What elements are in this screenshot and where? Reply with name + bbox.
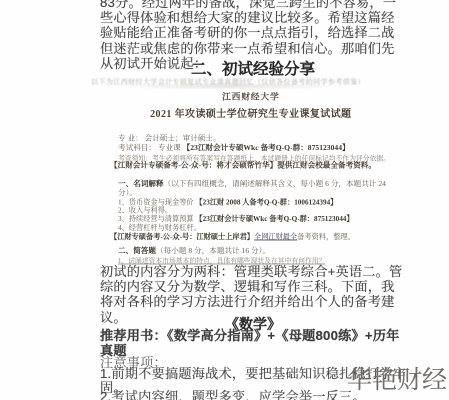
paper-item-3-qq-group: 【23江财会计专硕Wkc 备考Q-Q-群：875123044】 (195, 215, 353, 223)
paper-subject-line: 考试科目： 专业课 【23江财会计专硕Wkc 备考Q-Q-群：875123044… (110, 144, 392, 153)
paper-item-2: 2、收入与利得。 (110, 206, 392, 215)
watermark-text: 华艳财经 (347, 360, 447, 396)
exam-paper-photo: 江西财经大学 2021 年攻读硕士学位研究生专业课复试试题 专 业： 会计硕士；… (110, 90, 392, 266)
paper-item-1-text: 1、货币资金与现金等价 (118, 198, 195, 206)
paper-q2-heading: 二、简答题（每小题 8 分，本题共计 16 分）。 (110, 248, 392, 257)
paper-subject-label: 考试科目： 专业课 (118, 144, 183, 152)
paper-item-3-text: 3、持续经营与清算预算 (118, 215, 195, 223)
paper-major-line: 专 业： 会计硕士；审计硕士。 (110, 135, 392, 144)
paper-q2-instructions: （每小题 8 分，本题共计 16 分）。 (156, 248, 270, 256)
paper-item-1: 1、货币资金与现金等价 【23江财 2008 人备考Q-Q-群：10061243… (110, 198, 392, 207)
paper-university: 江西财经大学 (110, 90, 392, 103)
paper-ad2-rest: 备考资料，整理。 (297, 232, 355, 240)
paper-q1-title: 一、名词解释 (118, 180, 164, 188)
paper-item-1-qq-group: 【23江财 2008 人备考Q-Q-群：1006124394】 (195, 198, 337, 206)
paper-subject-qq-group: 【23江财会计专硕Wkc 备考Q-Q-群：875123044】 (183, 144, 350, 152)
article-page: 83分。经过两年的备战，深觉三跨生的不容易，一些心得体验和想给大家的建议比较多。… (0, 0, 449, 400)
paper-q2-title: 二、简答题 (118, 248, 156, 256)
section-heading: 二、初试经验分享 (100, 57, 406, 79)
paper-ad-line-1: 【江财会计专硕备考-公-众-号：将才会硕帮竹华】提供江财会校最全备考资料。 (110, 162, 392, 171)
paper-ad2-account: 【江财专硕备考-公-众-号：江财硕士上岸君】 (110, 232, 254, 240)
paper-notice: 考查须知：考生必须将所有答案写在答题纸上，本试题册上的任何标记均不作为评分依据。 (110, 154, 392, 162)
recommended-books-line: 推荐用书：《数学高分指南》+《母题800练》+历年真题 (100, 328, 406, 358)
paper-title: 2021 年攻读硕士学位研究生专业课复试试题 (110, 106, 392, 120)
paper-ad-line-2: 【江财专硕备考-公-众-号：江财硕士上岸君】全网江财最全备考资料，整理。 (110, 232, 392, 241)
paper-q1-heading: 一、名词解释（以下有四组概念，请阐述解释其含义，每小题 6 分，本题共计 24 … (110, 180, 392, 198)
paper-item-3: 3、持续经营与清算预算 【23江财会计专硕Wkc 备考Q-Q-群：8751230… (110, 215, 392, 224)
paper-item-4: 4、经营杠杆与财务杠杆。 (110, 224, 392, 233)
paper-ad2-underlined-text: 全网江财最全 (254, 232, 297, 240)
